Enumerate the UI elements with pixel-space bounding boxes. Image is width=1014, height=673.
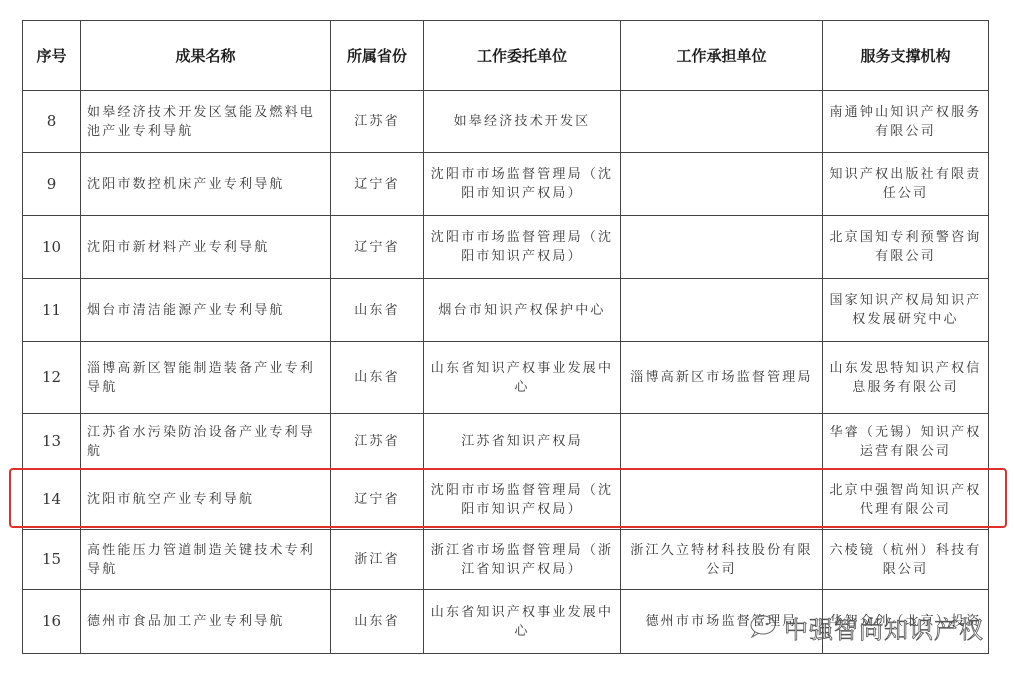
results-table: 序号 成果名称 所属省份 工作委托单位 工作承担单位 服务支撑机构 8 如皋经济… bbox=[22, 20, 989, 654]
cell-no: 11 bbox=[23, 279, 81, 342]
cell-name: 沈阳市数控机床产业专利导航 bbox=[81, 153, 331, 216]
cell-province: 辽宁省 bbox=[331, 153, 424, 216]
cell-support: 华睿（无锡）知识产权运营有限公司 bbox=[823, 414, 989, 470]
cell-name: 淄博高新区智能制造装备产业专利导航 bbox=[81, 342, 331, 414]
table-row: 13 江苏省水污染防治设备产业专利导航 江苏省 江苏省知识产权局 华睿（无锡）知… bbox=[23, 414, 989, 470]
cell-no: 14 bbox=[23, 470, 81, 530]
cell-entrust: 山东省知识产权事业发展中心 bbox=[424, 342, 621, 414]
cell-support: 南通钟山知识产权服务有限公司 bbox=[823, 91, 989, 153]
cell-support: 山东发思特知识产权信息服务有限公司 bbox=[823, 342, 989, 414]
cell-name: 沈阳市航空产业专利导航 bbox=[81, 470, 331, 530]
cell-undertake: 浙江久立特材科技股份有限公司 bbox=[621, 530, 823, 590]
cell-province: 山东省 bbox=[331, 342, 424, 414]
cell-name: 烟台市清洁能源产业专利导航 bbox=[81, 279, 331, 342]
cell-no: 15 bbox=[23, 530, 81, 590]
header-name: 成果名称 bbox=[81, 21, 331, 91]
table-row: 8 如皋经济技术开发区氢能及燃料电池产业专利导航 江苏省 如皋经济技术开发区 南… bbox=[23, 91, 989, 153]
table-row: 12 淄博高新区智能制造装备产业专利导航 山东省 山东省知识产权事业发展中心 淄… bbox=[23, 342, 989, 414]
cell-support: 北京国知专利预警咨询有限公司 bbox=[823, 216, 989, 279]
cell-support: 国家知识产权局知识产权发展研究中心 bbox=[823, 279, 989, 342]
cell-entrust: 浙江省市场监督管理局（浙江省知识产权局） bbox=[424, 530, 621, 590]
cell-province: 江苏省 bbox=[331, 91, 424, 153]
table-row: 11 烟台市清洁能源产业专利导航 山东省 烟台市知识产权保护中心 国家知识产权局… bbox=[23, 279, 989, 342]
cell-entrust: 沈阳市市场监督管理局（沈阳市知识产权局） bbox=[424, 470, 621, 530]
table-row: 9 沈阳市数控机床产业专利导航 辽宁省 沈阳市市场监督管理局（沈阳市知识产权局）… bbox=[23, 153, 989, 216]
cell-name: 如皋经济技术开发区氢能及燃料电池产业专利导航 bbox=[81, 91, 331, 153]
cell-name: 德州市食品加工产业专利导航 bbox=[81, 590, 331, 654]
cell-province: 山东省 bbox=[331, 590, 424, 654]
cell-province: 山东省 bbox=[331, 279, 424, 342]
cell-support: 华智众创（北京）投资 bbox=[823, 590, 989, 654]
table-row-highlighted: 14 沈阳市航空产业专利导航 辽宁省 沈阳市市场监督管理局（沈阳市知识产权局） … bbox=[23, 470, 989, 530]
header-row: 序号 成果名称 所属省份 工作委托单位 工作承担单位 服务支撑机构 bbox=[23, 21, 989, 91]
cell-province: 江苏省 bbox=[331, 414, 424, 470]
cell-entrust: 烟台市知识产权保护中心 bbox=[424, 279, 621, 342]
cell-entrust: 沈阳市市场监督管理局（沈阳市知识产权局） bbox=[424, 216, 621, 279]
cell-undertake bbox=[621, 279, 823, 342]
cell-undertake bbox=[621, 91, 823, 153]
cell-province: 浙江省 bbox=[331, 530, 424, 590]
cell-no: 13 bbox=[23, 414, 81, 470]
cell-undertake: 德州市市场监督管理局 bbox=[621, 590, 823, 654]
cell-province: 辽宁省 bbox=[331, 470, 424, 530]
cell-entrust: 江苏省知识产权局 bbox=[424, 414, 621, 470]
cell-undertake: 淄博高新区市场监督管理局 bbox=[621, 342, 823, 414]
cell-name: 高性能压力管道制造关键技术专利导航 bbox=[81, 530, 331, 590]
cell-no: 10 bbox=[23, 216, 81, 279]
cell-no: 12 bbox=[23, 342, 81, 414]
cell-no: 8 bbox=[23, 91, 81, 153]
header-no: 序号 bbox=[23, 21, 81, 91]
table-row: 15 高性能压力管道制造关键技术专利导航 浙江省 浙江省市场监督管理局（浙江省知… bbox=[23, 530, 989, 590]
cell-support: 北京中强智尚知识产权代理有限公司 bbox=[823, 470, 989, 530]
cell-undertake bbox=[621, 153, 823, 216]
cell-name: 江苏省水污染防治设备产业专利导航 bbox=[81, 414, 331, 470]
header-support: 服务支撑机构 bbox=[823, 21, 989, 91]
header-undertake: 工作承担单位 bbox=[621, 21, 823, 91]
cell-no: 9 bbox=[23, 153, 81, 216]
header-entrust: 工作委托单位 bbox=[424, 21, 621, 91]
cell-province: 辽宁省 bbox=[331, 216, 424, 279]
table-row: 10 沈阳市新材料产业专利导航 辽宁省 沈阳市市场监督管理局（沈阳市知识产权局）… bbox=[23, 216, 989, 279]
cell-entrust: 山东省知识产权事业发展中心 bbox=[424, 590, 621, 654]
cell-entrust: 如皋经济技术开发区 bbox=[424, 91, 621, 153]
cell-name: 沈阳市新材料产业专利导航 bbox=[81, 216, 331, 279]
cell-undertake bbox=[621, 470, 823, 530]
cell-no: 16 bbox=[23, 590, 81, 654]
header-province: 所属省份 bbox=[331, 21, 424, 91]
cell-entrust: 沈阳市市场监督管理局（沈阳市知识产权局） bbox=[424, 153, 621, 216]
cell-undertake bbox=[621, 216, 823, 279]
cell-undertake bbox=[621, 414, 823, 470]
table-row: 16 德州市食品加工产业专利导航 山东省 山东省知识产权事业发展中心 德州市市场… bbox=[23, 590, 989, 654]
cell-support: 知识产权出版社有限责任公司 bbox=[823, 153, 989, 216]
cell-support: 六棱镜（杭州）科技有限公司 bbox=[823, 530, 989, 590]
